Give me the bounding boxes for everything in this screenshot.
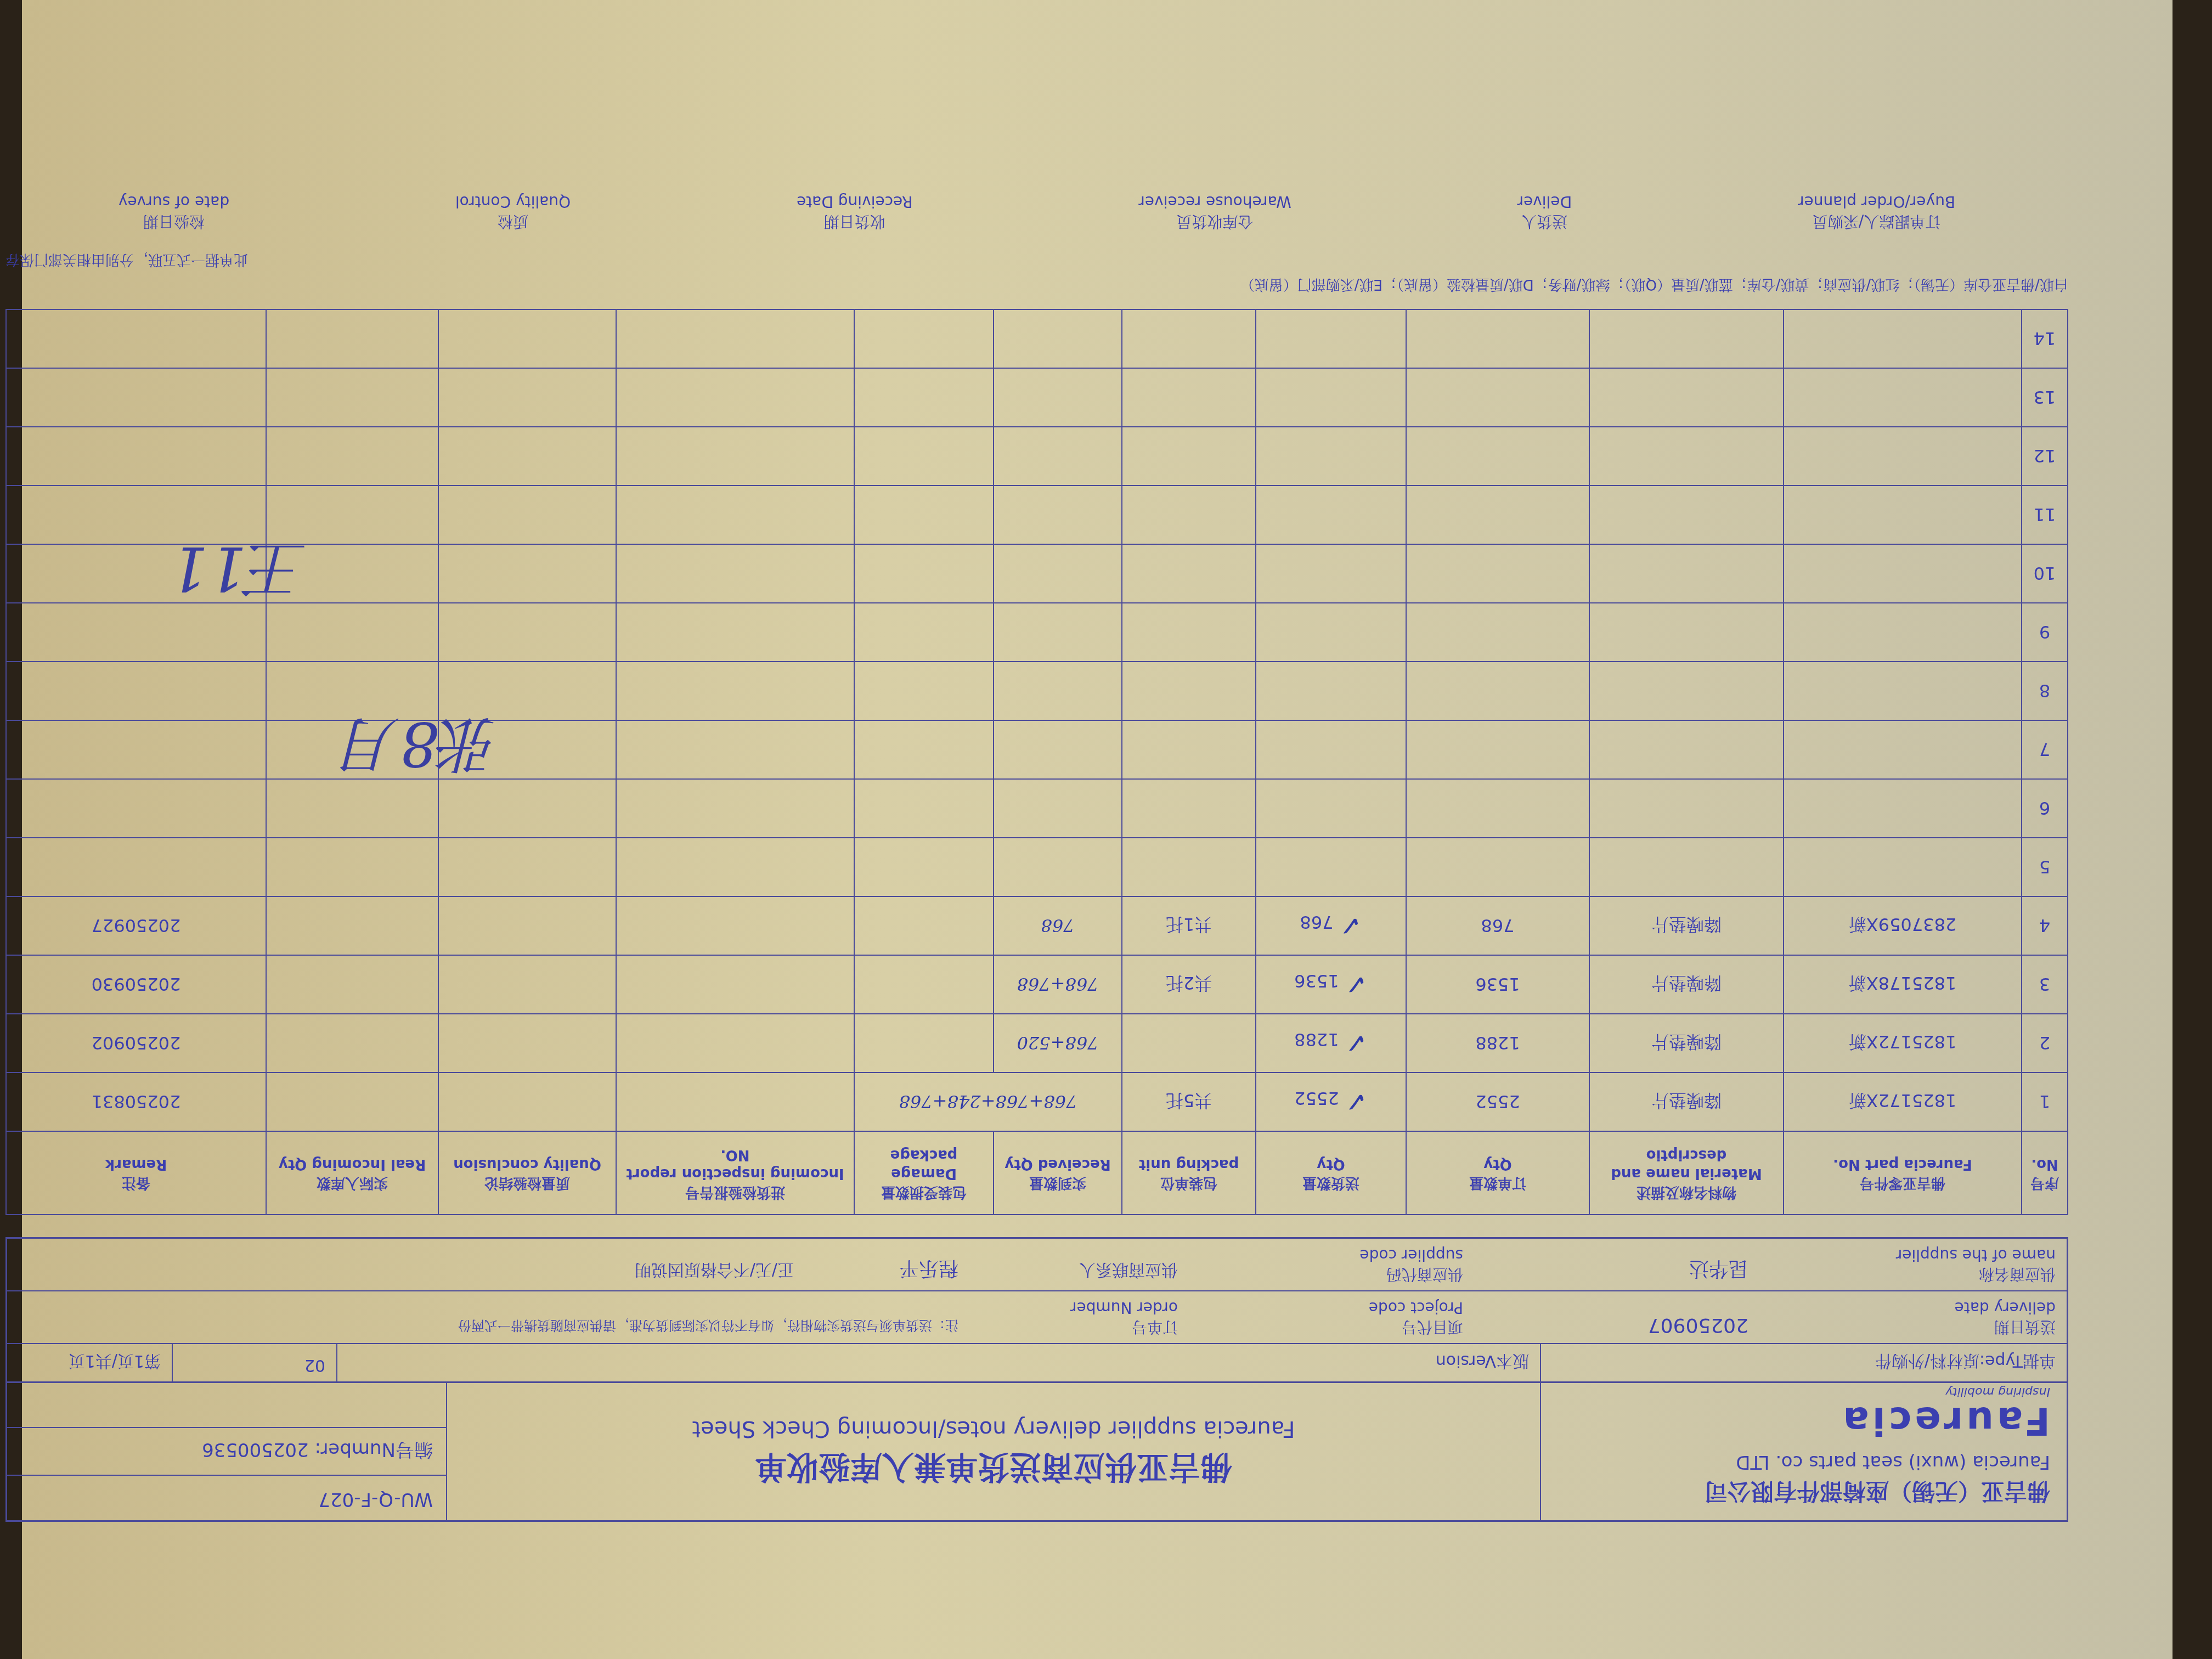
delivery-qty: ✓ 2552 [1256, 1073, 1406, 1131]
blank-meta [7, 1383, 446, 1427]
col-desc: 物料名称及描述Material name and descriptio [1589, 1131, 1784, 1215]
page-value: 第1页/共1页 [7, 1344, 172, 1381]
col-part: 佛吉亚零件号Faurecia part No. [1784, 1131, 2022, 1215]
order-number-label: 订单号order Number [969, 1291, 1189, 1343]
delivery-date-label: 送货日期delivery date [1759, 1291, 2067, 1343]
supplier-name-label: 供应商名称name of the supplier [1759, 1239, 2067, 1290]
company-name-cn: 佛吉亚（无锡）座椅部件有限公司 [1558, 1476, 2050, 1509]
complete-note: 此单据一式五联，分别由相关部门保存 [5, 251, 2068, 271]
info-section: 单据Type:原材料/外购件 版本Version 02 第1页/共1页 送货日期… [5, 1237, 2068, 1381]
check-mark-icon: ✓ [1345, 1086, 1368, 1118]
table-row: 6 [6, 779, 2068, 838]
table-row: 1 1825172X新 降噪垫片 2552 ✓ 2552 共5托 768+768… [6, 1073, 2068, 1131]
version-value: 02 [172, 1344, 336, 1381]
table-row: 11 [6, 486, 2068, 544]
table-row: 3 1825178X新 降噪垫片 1536 ✓ 1536 共2托 768+768… [6, 955, 2068, 1014]
real-qty [266, 1073, 438, 1131]
col-remark: 备注Remark [6, 1131, 266, 1215]
col-order-qty: 订单数量Qty [1406, 1131, 1589, 1215]
distribution-note: 白联/佛吉亚仓库（无锡）；红联/供应商；黄联/仓库；蓝联/质量（Q联）；绿联/财… [1240, 275, 2068, 296]
brand-tagline: Inspiring mobility [1558, 1385, 2050, 1398]
part-no: 1825172X新 [1784, 1073, 2022, 1131]
sig-deliver: 送货人Deliver [1517, 191, 1572, 231]
doc-type: 单据Type:原材料/外购件 [1540, 1344, 2067, 1381]
material-desc: 降噪垫片 [1589, 1073, 1784, 1131]
received-qty: 768+768+248+768 [854, 1073, 1122, 1131]
brand-logo: Faurecia [1558, 1398, 2050, 1443]
delivery-row: 送货日期delivery date 20250907 项目代号Project c… [7, 1290, 2067, 1343]
table-row: 9 [6, 603, 2068, 662]
delivery-date: 20250907 [1474, 1291, 1759, 1343]
col-real-qty: 实际入库数Real Incoming Qty [266, 1131, 438, 1215]
table-row: 7 [6, 720, 2068, 779]
order-qty: 2552 [1406, 1073, 1589, 1131]
form-body: 佛吉亚（无锡）座椅部件有限公司 Faurecia (wuxi) seat par… [5, 191, 2068, 1522]
table-row: 14 [6, 309, 2068, 368]
sig-quality: 质检Quality Control [455, 191, 571, 231]
form-number: 编号Number: 202500536 [7, 1427, 446, 1475]
check-mark-icon: ✓ [1339, 910, 1362, 942]
table-row: 2 1825172X新 降噪垫片 1288 ✓ 1288 768+520 202… [6, 1014, 2068, 1073]
table-row: 12 [6, 427, 2068, 486]
paper-background: 佛吉亚（无锡）座椅部件有限公司 Faurecia (wuxi) seat par… [22, 0, 2172, 1659]
table-header-row: 序号No. 佛吉亚零件号Faurecia part No. 物料名称及描述Mat… [6, 1131, 2068, 1215]
col-damage: 包装受损数量Damage package [854, 1131, 994, 1215]
remark: 20250831 [6, 1073, 266, 1131]
notice-text: 注：送货单须与送货实物相符，如有不符以实际到货为准，请供应商随货携带一式两份 [7, 1291, 969, 1343]
supplier-code-label: 供应商代码supplier code [1189, 1239, 1474, 1290]
table-row: 8 [6, 662, 2068, 720]
table-row: 13 [6, 368, 2068, 427]
status-note: 正/无/不合格原因说明 [7, 1239, 805, 1290]
sig-receiving-date: 收货日期Receiving Date [797, 191, 913, 231]
col-pack: 包装单位packing unit [1122, 1131, 1256, 1215]
supplier-contact-label: 供应商联系人 [969, 1239, 1189, 1290]
supplier-name: 昆华达 [1474, 1239, 1759, 1290]
sig-warehouse: 仓库收货员Warehouse receiver [1138, 191, 1291, 231]
number-label: 编号Number: [315, 1439, 433, 1461]
supplier-contact: 程乐平 [805, 1239, 969, 1290]
company-name-en: Faurecia (wuxi) seat parts co. LTD [1558, 1451, 2050, 1473]
check-mark-icon: ✓ [1345, 1028, 1368, 1059]
col-quality: 质量检验结论Quality conclusion [438, 1131, 616, 1215]
table-row: 10 [6, 544, 2068, 603]
form-header: 佛吉亚（无锡）座椅部件有限公司 Faurecia (wuxi) seat par… [5, 1381, 2068, 1522]
table-row: 4 2837059X新 降噪垫片 768 ✓ 768 共1托 768 20250… [6, 896, 2068, 955]
handwritten-signature-2: 王11 [170, 530, 307, 617]
form-meta: WU-Q-F-027 编号Number: 202500536 [7, 1383, 446, 1520]
signature-block: 订单跟踪人/采购员Buyer/Order planner 送货人Deliver … [5, 191, 2068, 231]
col-delivery-qty: 送货数量Qty [1256, 1131, 1406, 1215]
supplier-row: 供应商名称name of the supplier 昆华达 供应商代码suppl… [7, 1239, 2067, 1290]
pack-unit: 共5托 [1122, 1073, 1256, 1131]
col-no: 序号No. [2022, 1131, 2068, 1215]
row-no: 1 [2022, 1073, 2068, 1131]
form-code: WU-Q-F-027 [7, 1475, 446, 1521]
sig-buyer: 订单跟踪人/采购员Buyer/Order planner [1798, 191, 1955, 231]
sig-survey-date: 检验日期date of survey [119, 191, 229, 231]
footer-notes: 白联/佛吉亚仓库（无锡）；红联/供应商；黄联/仓库；蓝联/质量（Q联）；绿联/财… [5, 275, 2068, 296]
title-en: Faurecia supplier delivery notes/Incomin… [447, 1416, 1540, 1441]
items-table: 序号No. 佛吉亚零件号Faurecia part No. 物料名称及描述Mat… [5, 309, 2068, 1215]
col-received: 实到数量Received Qty [994, 1131, 1122, 1215]
form-title: 佛吉亚供应商送货单兼入库验收单 Faurecia supplier delive… [446, 1383, 1540, 1520]
col-report: 进货检验报告号Incoming inspection report NO. [616, 1131, 854, 1215]
number-value: 202500536 [202, 1439, 309, 1461]
handwritten-signature-1: 张8月 [340, 706, 499, 792]
check-mark-icon: ✓ [1345, 969, 1368, 1001]
version-label: 版本Version [336, 1344, 1540, 1381]
project-code-label: 项目代号Project code [1189, 1291, 1474, 1343]
delivery-check-sheet: 佛吉亚（无锡）座椅部件有限公司 Faurecia (wuxi) seat par… [22, 0, 2172, 1659]
title-cn: 佛吉亚供应商送货单兼入库验收单 [447, 1447, 1540, 1493]
table-row: 5 [6, 838, 2068, 896]
quality-conclusion [438, 1073, 616, 1131]
doc-type-row: 单据Type:原材料/外购件 版本Version 02 第1页/共1页 [7, 1343, 2067, 1381]
report-no [616, 1073, 854, 1131]
company-block: 佛吉亚（无锡）座椅部件有限公司 Faurecia (wuxi) seat par… [1540, 1383, 2067, 1520]
